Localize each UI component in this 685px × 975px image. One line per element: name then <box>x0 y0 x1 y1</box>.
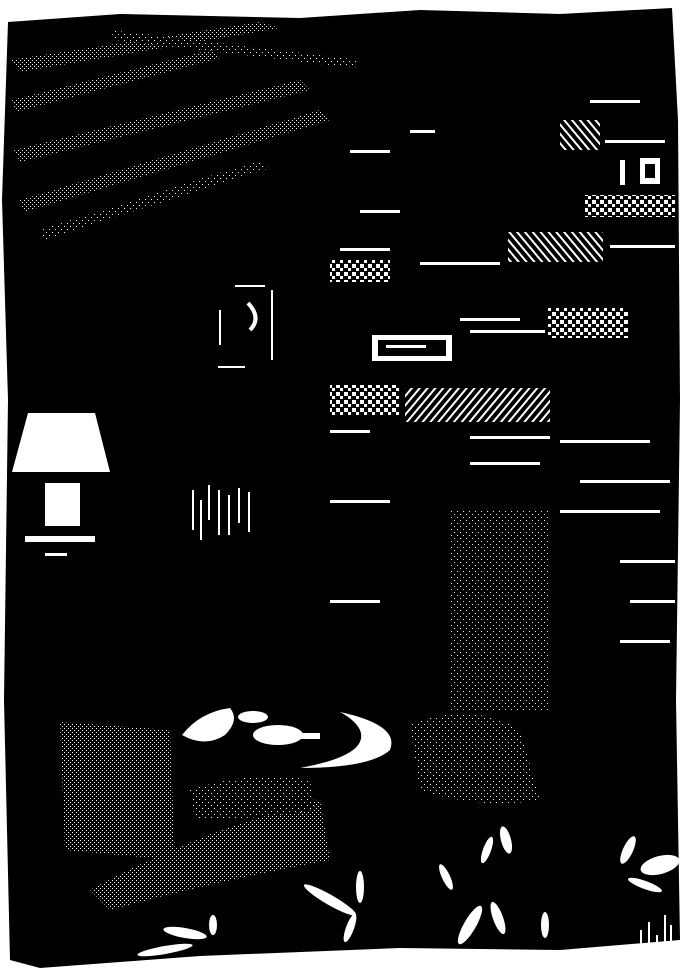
rug <box>60 722 175 860</box>
lamp-base <box>45 483 80 526</box>
lamp-shade <box>12 413 110 472</box>
living-room-photo <box>0 0 685 975</box>
